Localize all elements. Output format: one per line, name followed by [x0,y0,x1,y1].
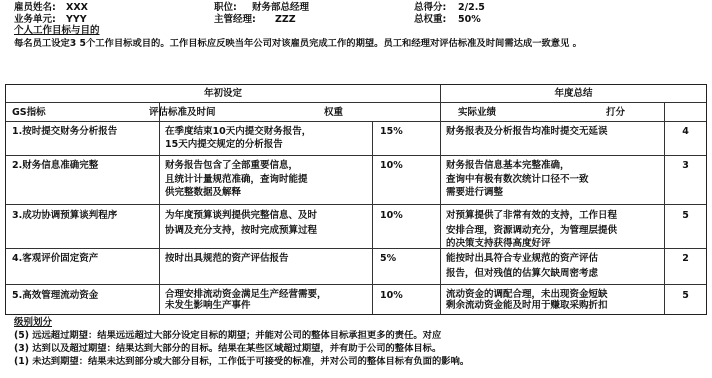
row-5-criteria-line-2: 未发生影响生产事件 [165,300,251,311]
row-1-weight: 15% [380,125,403,138]
row-1-criteria-line-2: 15天内提交规定的分析报告 [165,138,283,151]
column-header-actual: 实际业绩 [458,106,496,119]
row-4-weight: 5% [380,252,396,265]
row-1-score: 4 [665,125,706,138]
row-4-score: 2 [665,252,706,265]
row-2-actual-line-3: 需要进行调整 [446,186,503,199]
column-header-score: 打分 [606,106,625,119]
divider [6,102,706,103]
divider [6,248,706,249]
row-5-criteria-line-1: 合理安排流动资金满足生产经营需要， [165,289,327,300]
section-description: 每名员工设定3 5个工作目标或目的。工作目标应反映当年公司对该雇员完成工作的期望… [14,38,582,50]
total-weight-value: 50% [458,14,481,26]
row-2-score: 3 [665,159,706,172]
row-3-score: 5 [665,209,706,222]
row-2-weight: 10% [380,159,403,172]
group-header-initial: 年初设定 [6,87,440,100]
divider [6,284,706,285]
row-3-indicator: 3.成功协调预算谈判程序 [12,209,117,222]
row-3-criteria-line-1: 为年度预算谈判提供完整信息、及时 [165,209,317,222]
row-4-actual-line-2: 报告，但对残值的估算欠缺周密考虑 [446,267,598,280]
divider [6,121,706,122]
row-2-criteria-line-2: 且统计计量规范准确，查询时能提 [165,173,308,186]
goals-table: 年初设定 年度总结 GS指标 评估标准及时间 权重 实际业绩 打分 1.按时提交… [5,84,707,315]
total-weight-label: 总权重: [414,14,446,26]
row-5-score: 5 [665,289,706,302]
total-score-value: 2/2.5 [458,2,485,14]
row-3-actual-line-3: 的决策支持获得高度好评 [446,238,551,249]
row-3-actual-line-2: 安排合理，资源调动充分，为管理层提供 [446,224,617,237]
row-5-indicator: 5.高效管理流动资金 [12,289,98,302]
group-header-annual: 年度总结 [441,87,706,100]
supervisor-value: ZZZ [275,14,296,26]
row-3-criteria-line-2: 协调及充分支持，按时完成预算过程 [165,224,317,237]
row-3-actual-line-1: 对预算提供了非常有效的支持，工作日程 [446,209,617,222]
row-1-criteria-line-1: 在季度结束10天内提交财务报告， [165,125,311,138]
rating-level-1: (1) 未达到期望：结果未达到部分或大部分目标，工作低于可接受的标准，并对公司的… [14,356,469,368]
divider [6,155,706,156]
rating-title: 级别划分 [14,317,52,329]
row-2-actual-line-2: 查询中有极有数次统计口径不一致 [446,173,589,186]
divider [372,122,373,314]
column-header-gs-indicator: GS指标 [12,106,46,119]
column-header-weight: 权重 [324,106,343,119]
section-title: 个人工作目标与目的 [14,25,100,37]
row-2-indicator: 2.财务信息准确完整 [12,159,98,172]
row-2-actual-line-1: 财务报告信息基本完整准确， [446,159,570,172]
row-4-actual-line-1: 能按时出具符合专业规范的资产评估 [446,252,598,265]
position-value: 财务部总经理 [252,2,309,14]
row-2-criteria-line-1: 财务报告包含了全部重要信息， [165,159,298,172]
employee-name-label: 雇员姓名: [14,2,56,14]
supervisor-label: 主管经理: [214,14,256,26]
column-header-criteria: 评估标准及时间 [149,106,216,119]
total-score-label: 总得分: [414,2,446,14]
rating-level-3: (3) 达到以及超过期望：结果达到大部分的目标。结果在某些区域超过期望，并有助于… [14,343,441,355]
employee-name-value: XXX [66,2,88,14]
divider [159,103,160,314]
row-4-indicator: 4.客观评价固定资产 [12,252,98,265]
row-1-actual-line-1: 财务报表及分析报告均准时提交无延误 [446,125,608,138]
row-3-weight: 10% [380,209,403,222]
row-5-actual-line-2: 剩余流动资金能及时用于赚取采购折扣 [446,300,608,311]
row-5-actual-line-1: 流动资金的调配合理，未出现资金短缺 [446,289,608,300]
position-label: 职位: [214,2,237,14]
divider [440,85,441,314]
row-1-indicator: 1.按时提交财务分析报告 [12,125,117,138]
row-2-criteria-line-3: 供完整数据及解释 [165,186,241,199]
row-5-weight: 10% [380,289,403,302]
divider [6,204,706,205]
rating-level-5: (5) 远远超过期望：结果远远超过大部分设定目标的期望；并能对公司的整体目标承担… [14,330,441,342]
row-4-criteria-line-1: 按时出具规范的资产评估报告 [165,252,289,265]
